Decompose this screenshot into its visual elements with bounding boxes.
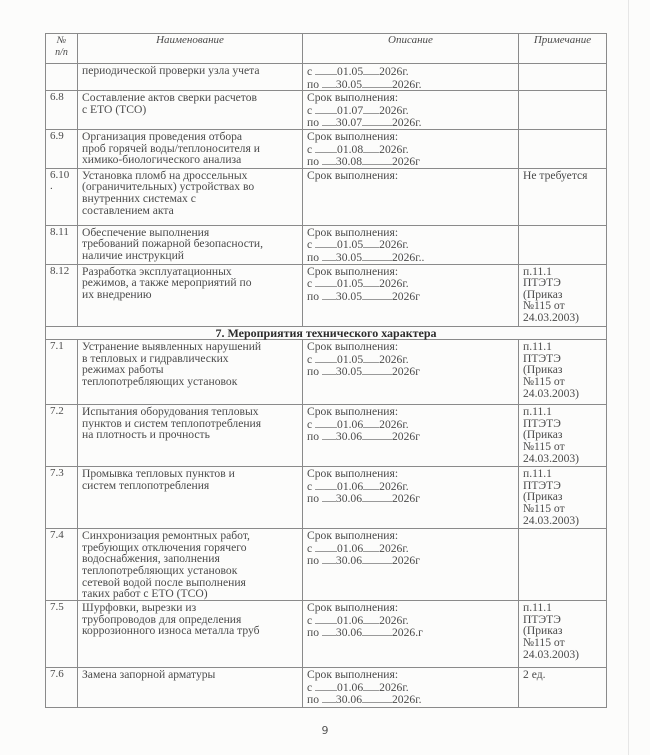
term-label: Срок выполнения: <box>307 92 514 104</box>
date-to: по 30.052026г.. <box>307 251 514 264</box>
date-to: по 30.072026г. <box>307 116 514 129</box>
row-name-line: периодической проверки узла учета <box>82 65 298 77</box>
date-to: по 30.062026.г <box>307 626 514 639</box>
header-number-abbr: п/п <box>50 47 73 59</box>
row-number: 7.4 <box>46 529 78 601</box>
row-note-line: Не требуется <box>523 170 602 182</box>
row-name-line: Организация проведения отбора <box>82 131 298 143</box>
date-value: 30.05 <box>336 365 362 378</box>
row-description: Срок выполнения:с 01.052026г.по 30.05202… <box>303 264 519 326</box>
term-label: Срок выполнения: <box>307 131 514 143</box>
row-name-line: теплопотребляющих установок <box>82 376 298 388</box>
row-number-text: 6.9 <box>50 131 73 143</box>
row-note-line: №115 от <box>523 503 602 515</box>
date-year: 2026г <box>392 430 420 443</box>
date-underline <box>363 681 379 691</box>
date-value: 30.06 <box>336 554 362 567</box>
term-label: Срок выполнения: <box>307 468 514 480</box>
row-number: 6.9 <box>46 129 78 168</box>
date-to: по 30.052026г <box>307 290 514 303</box>
date-underline <box>322 365 336 375</box>
row-name-line: Испытания оборудования тепловых <box>82 406 298 418</box>
row-number-text: 8.12 <box>50 266 73 278</box>
header-description: Описание <box>303 34 519 64</box>
date-value: 01.06 <box>337 480 363 493</box>
row-name: Промывка тепловых пунктов исистем теплоп… <box>78 467 303 529</box>
date-year: 2026г. <box>379 542 409 555</box>
date-underline <box>362 155 392 165</box>
row-name: Установка пломб на дроссельных(ограничит… <box>78 168 303 225</box>
page-number: 9 <box>0 724 650 737</box>
row-number-text: 7.2 <box>50 406 73 418</box>
row-number: 7.1 <box>46 340 78 405</box>
date-from: с 01.052026г. <box>307 65 514 78</box>
date-underline <box>315 277 337 287</box>
date-year: 2026г. <box>379 104 409 117</box>
date-year: 2026г. <box>379 353 409 366</box>
date-value: 01.06 <box>337 542 363 555</box>
row-note: Не требуется <box>519 168 607 225</box>
term-label: Срок выполнения: <box>307 170 514 182</box>
date-to: по 30.062026г <box>307 554 514 567</box>
section-header-row: 7. Мероприятия технического характера <box>46 326 607 340</box>
date-from: с 01.072026г. <box>307 104 514 117</box>
row-name: Замена запорной арматуры <box>78 668 303 708</box>
table-row: 8.12Разработка эксплуатационныхрежимов, … <box>46 264 607 326</box>
date-year: 2026г. <box>392 693 422 706</box>
date-from: с 01.052026г. <box>307 238 514 251</box>
row-note <box>519 129 607 168</box>
table-row: 7.4Синхронизация ремонтных работ,требующ… <box>46 529 607 601</box>
row-note-line: 24.03.2003) <box>523 312 602 324</box>
date-value: 01.08 <box>337 143 363 156</box>
date-underline <box>362 554 392 564</box>
date-value: 30.06 <box>336 430 362 443</box>
date-year: 2026г <box>392 155 420 168</box>
date-year: 2026г. <box>392 116 422 129</box>
row-note <box>519 91 607 130</box>
row-name-line: на плотность и прочность <box>82 429 298 441</box>
row-note: п.11.1ПТЭТЭ(Приказ№115 от24.03.2003) <box>519 405 607 467</box>
date-value: 01.05 <box>337 353 363 366</box>
date-value: 30.07 <box>336 116 362 129</box>
row-note-line: ПТЭТЭ <box>523 277 602 289</box>
table-row: 7.3Промывка тепловых пунктов исистем теп… <box>46 467 607 529</box>
date-value: 01.06 <box>337 614 363 627</box>
date-value: 30.05 <box>336 290 362 303</box>
date-underline <box>362 290 392 300</box>
row-name-line: Промывка тепловых пунктов и <box>82 468 298 480</box>
date-to: по 30.062026г <box>307 430 514 443</box>
date-underline <box>322 430 336 440</box>
date-underline <box>315 480 337 490</box>
row-name: Шурфовки, вырезки изтрубопроводов для оп… <box>78 601 303 668</box>
row-note-line: п.11.1 <box>523 341 602 353</box>
row-note: 2 ед. <box>519 668 607 708</box>
table-row: 6.8Составление актов сверки расчетовс ЕТ… <box>46 91 607 130</box>
date-year: 2026г. <box>379 143 409 156</box>
date-year: 2026г.. <box>392 251 424 264</box>
row-note <box>519 529 607 601</box>
date-value: 30.05 <box>336 251 362 264</box>
term-label: Срок выполнения: <box>307 341 514 353</box>
row-number-extra: . <box>50 181 73 193</box>
date-to: по 30.052026г <box>307 365 514 378</box>
date-underline <box>363 353 379 363</box>
date-to: по 30.062026г. <box>307 693 514 706</box>
row-note-line: п.11.1 <box>523 468 602 480</box>
date-from: с 01.062026г. <box>307 542 514 555</box>
table-row: 7.5Шурфовки, вырезки изтрубопроводов для… <box>46 601 607 668</box>
row-number <box>46 64 78 91</box>
section-title: 7. Мероприятия технического характера <box>46 326 607 340</box>
date-underline <box>322 116 336 126</box>
row-name-line: Синхронизация ремонтных работ, <box>82 530 298 542</box>
date-value: 01.07 <box>337 104 363 117</box>
header-number: № п/п <box>46 34 78 64</box>
date-value: 30.06 <box>336 626 362 639</box>
row-description: Срок выполнения:с 01.062026г.по 30.06202… <box>303 668 519 708</box>
row-number: 6.8 <box>46 91 78 130</box>
rows-before-section: периодической проверки узла учетас 01.05… <box>46 64 607 327</box>
date-from: с 01.062026г. <box>307 614 514 627</box>
row-note-line: №115 от <box>523 441 602 453</box>
date-underline <box>315 542 337 552</box>
table-row: 6.10.Установка пломб на дроссельных(огра… <box>46 168 607 225</box>
row-name-line: внутренних системах с <box>82 193 298 205</box>
row-note-line: 24.03.2003) <box>523 515 602 527</box>
row-description: Срок выполнения:с 01.062026г.по 30.06202… <box>303 601 519 668</box>
date-underline <box>322 693 336 703</box>
date-underline <box>315 238 337 248</box>
date-underline <box>363 104 379 114</box>
date-year: 2026г. <box>379 238 409 251</box>
date-underline <box>315 418 337 428</box>
date-year: 2026г. <box>379 277 409 290</box>
term-label: Срок выполнения: <box>307 602 514 614</box>
row-note-line: п.11.1 <box>523 602 602 614</box>
date-year: 2026.г <box>392 626 423 639</box>
date-from: с 01.062026г. <box>307 480 514 493</box>
row-name: Устранение выявленных нарушенийв тепловы… <box>78 340 303 405</box>
row-note: п.11.1ПТЭТЭ(Приказ№115 от24.03.2003) <box>519 264 607 326</box>
row-name-line: систем теплопотребления <box>82 480 298 492</box>
date-underline <box>363 418 379 428</box>
date-underline <box>322 626 336 636</box>
row-note-line: 24.03.2003) <box>523 388 602 400</box>
row-number: 7.5 <box>46 601 78 668</box>
row-number-text: 8.11 <box>50 227 73 239</box>
date-to: по 30.052026г. <box>307 78 514 91</box>
date-from: с 01.062026г. <box>307 418 514 431</box>
date-year: 2026г. <box>379 65 409 78</box>
date-year: 2026г <box>392 365 420 378</box>
row-name: Составление актов сверки расчетовс ЕТО (… <box>78 91 303 130</box>
date-value: 01.06 <box>337 681 363 694</box>
row-description: с 01.052026г.по 30.052026г. <box>303 64 519 91</box>
date-value: 30.06 <box>336 492 362 505</box>
date-underline <box>322 492 336 502</box>
date-from: с 01.062026г. <box>307 681 514 694</box>
date-underline <box>322 554 336 564</box>
row-description: Срок выполнения:с 01.062026г.по 30.06202… <box>303 405 519 467</box>
row-note <box>519 64 607 91</box>
term-label: Срок выполнения: <box>307 266 514 278</box>
measures-table: № п/п Наименование Описание Примечание п… <box>45 33 607 708</box>
date-underline <box>363 65 379 75</box>
date-underline <box>362 116 392 126</box>
date-year: 2026г. <box>379 681 409 694</box>
row-note-line: 24.03.2003) <box>523 649 602 661</box>
row-name: периодической проверки узла учета <box>78 64 303 91</box>
date-year: 2026г. <box>392 78 422 91</box>
row-number-text: 7.3 <box>50 468 73 480</box>
header-name: Наименование <box>78 34 303 64</box>
table-row: 7.2Испытания оборудования тепловыхпункто… <box>46 405 607 467</box>
table-row: периодической проверки узла учетас 01.05… <box>46 64 607 91</box>
date-underline <box>315 65 337 75</box>
date-to: по 30.082026г <box>307 155 514 168</box>
row-description: Срок выполнения: <box>303 168 519 225</box>
row-name-line: Шурфовки, вырезки из <box>82 602 298 614</box>
row-number: 8.11 <box>46 225 78 264</box>
date-value: 30.08 <box>336 155 362 168</box>
row-note-line: №115 от <box>523 637 602 649</box>
date-value: 30.06 <box>336 693 362 706</box>
date-year: 2026г <box>392 492 420 505</box>
date-underline <box>322 251 336 261</box>
row-name-line: теплопотребляющих установок <box>82 565 298 577</box>
term-label: Срок выполнения: <box>307 406 514 418</box>
rows-after-section: 7.1Устранение выявленных нарушенийв тепл… <box>46 340 607 708</box>
row-name-line: с ЕТО (ТСО) <box>82 104 298 116</box>
row-name: Синхронизация ремонтных работ,требующих … <box>78 529 303 601</box>
row-number: 7.3 <box>46 467 78 529</box>
date-underline <box>322 155 336 165</box>
date-value: 01.05 <box>337 238 363 251</box>
date-value: 01.05 <box>337 277 363 290</box>
term-label: Срок выполнения: <box>307 530 514 542</box>
date-underline <box>315 614 337 624</box>
row-name-line: таких работ с ЕТО (ТСО) <box>82 588 298 600</box>
date-year: 2026г. <box>379 614 409 627</box>
row-name-line: Замена запорной арматуры <box>82 669 298 681</box>
date-from: с 01.082026г. <box>307 143 514 156</box>
date-underline <box>362 626 392 636</box>
row-description: Срок выполнения:с 01.062026г.по 30.06202… <box>303 529 519 601</box>
date-underline <box>362 78 392 88</box>
date-underline <box>363 277 379 287</box>
date-underline <box>363 480 379 490</box>
row-number-text: 7.5 <box>50 602 73 614</box>
date-value: 01.05 <box>337 65 363 78</box>
row-name-line: их внедрению <box>82 289 298 301</box>
date-underline <box>315 143 337 153</box>
date-underline <box>315 353 337 363</box>
row-name: Организация проведения отборапроб горяче… <box>78 129 303 168</box>
term-label: Срок выполнения: <box>307 669 514 681</box>
row-number: 8.12 <box>46 264 78 326</box>
row-name-line: составлением акта <box>82 205 298 217</box>
row-number: 6.10. <box>46 168 78 225</box>
row-number: 7.2 <box>46 405 78 467</box>
row-description: Срок выполнения:с 01.072026г.по 30.07202… <box>303 91 519 130</box>
date-value: 01.06 <box>337 418 363 431</box>
date-underline <box>322 78 336 88</box>
date-underline <box>362 430 392 440</box>
date-year: 2026г. <box>379 480 409 493</box>
row-number-text: 7.4 <box>50 530 73 542</box>
date-underline <box>363 614 379 624</box>
row-description: Срок выполнения:с 01.062026г.по 30.06202… <box>303 467 519 529</box>
table-row: 7.6Замена запорной арматурыСрок выполнен… <box>46 668 607 708</box>
header-number-symbol: № <box>50 35 73 47</box>
row-number-text: 6.10 <box>50 170 73 182</box>
date-underline <box>362 251 392 261</box>
row-description: Срок выполнения:с 01.052026г.по 30.05202… <box>303 340 519 405</box>
section-header-group: 7. Мероприятия технического характера <box>46 326 607 340</box>
row-name: Обеспечение выполнениятребований пожарно… <box>78 225 303 264</box>
row-description: Срок выполнения:с 01.052026г.по 30.05202… <box>303 225 519 264</box>
row-number: 7.6 <box>46 668 78 708</box>
date-underline <box>363 238 379 248</box>
date-underline <box>362 492 392 502</box>
row-name: Разработка эксплуатационныхрежимов, а та… <box>78 264 303 326</box>
date-year: 2026г. <box>379 418 409 431</box>
row-name-line: Устранение выявленных нарушений <box>82 341 298 353</box>
date-underline <box>362 365 392 375</box>
table-row: 6.9Организация проведения отборапроб гор… <box>46 129 607 168</box>
row-note <box>519 225 607 264</box>
row-name-line: химико-биологического анализа <box>82 154 298 166</box>
table-row: 8.11Обеспечение выполнениятребований пож… <box>46 225 607 264</box>
date-from: с 01.052026г. <box>307 353 514 366</box>
date-year: 2026г <box>392 554 420 567</box>
row-note-line: п.11.1 <box>523 406 602 418</box>
term-label: Срок выполнения: <box>307 227 514 239</box>
row-number-text: 7.1 <box>50 341 73 353</box>
table-header-row: № п/п Наименование Описание Примечание <box>46 34 607 64</box>
date-underline <box>362 693 392 703</box>
date-value: 30.05 <box>336 78 362 91</box>
row-note-line: 2 ед. <box>523 669 602 681</box>
row-name-line: коррозионного износа металла труб <box>82 625 298 637</box>
row-name: Испытания оборудования тепловыхпунктов и… <box>78 405 303 467</box>
date-underline <box>363 143 379 153</box>
date-year: 2026г <box>392 290 420 303</box>
row-note-line: №115 от <box>523 376 602 388</box>
row-note: п.11.1ПТЭТЭ(Приказ№115 от24.03.2003) <box>519 467 607 529</box>
date-underline <box>322 290 336 300</box>
row-note-line: 24.03.2003) <box>523 453 602 465</box>
date-underline <box>363 542 379 552</box>
row-note: п.11.1ПТЭТЭ(Приказ№115 от24.03.2003) <box>519 601 607 668</box>
header-note: Примечание <box>519 34 607 64</box>
row-description: Срок выполнения:с 01.082026г.по 30.08202… <box>303 129 519 168</box>
page-edge-line <box>628 0 629 755</box>
row-note: п.11.1ПТЭТЭ(Приказ№115 от24.03.2003) <box>519 340 607 405</box>
date-from: с 01.052026г. <box>307 277 514 290</box>
date-underline <box>315 104 337 114</box>
row-name-line: режимов, а также мероприятий по <box>82 277 298 289</box>
row-name-line: наличие инструкций <box>82 250 298 262</box>
date-underline <box>315 681 337 691</box>
date-to: по 30.062026г <box>307 492 514 505</box>
table-row: 7.1Устранение выявленных нарушенийв тепл… <box>46 340 607 405</box>
row-number-text: 7.6 <box>50 669 73 681</box>
row-number-text: 6.8 <box>50 92 73 104</box>
